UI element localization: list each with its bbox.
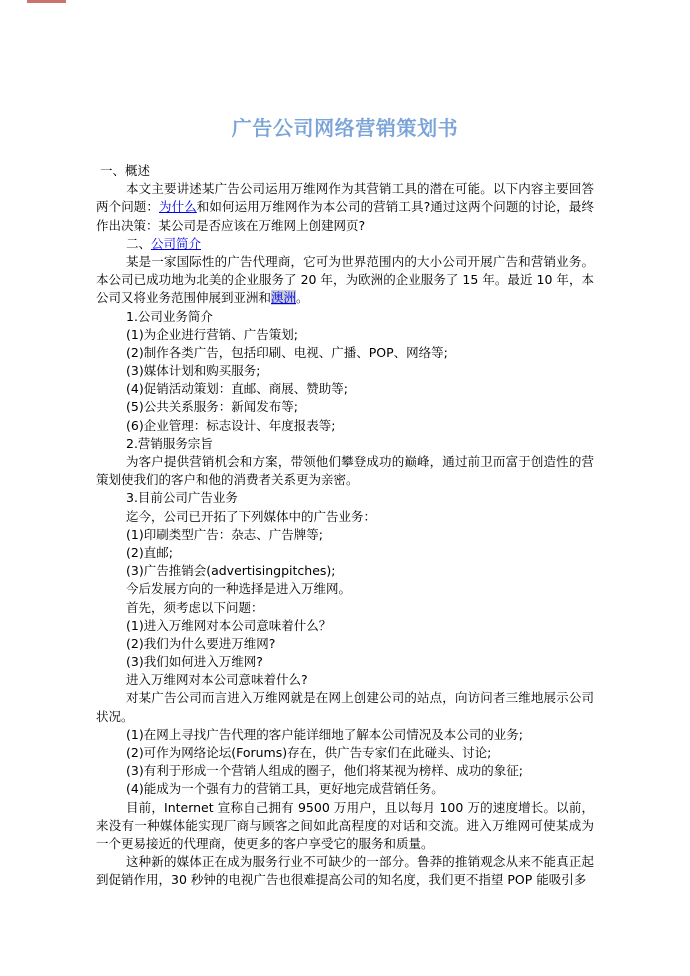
text-line: (1)进入万维网对本公司意味着什么？ [96, 617, 594, 635]
text-line: 作出决策：某公司是否应该在万维网上创建网页? [96, 217, 594, 235]
text-run: 某是一家国际性的广告代理商，它可为世界范围内的大小公司开展广告和营销业务。 [126, 254, 594, 269]
text-line: (3)我们如何进入万维网? [96, 653, 594, 671]
text-run: (1)在网上寻找广告代理的客户能详细地了解本公司情况及本公司的业务; [126, 727, 523, 742]
text-run: (3)我们如何进入万维网? [126, 654, 263, 669]
text-line: 一、概述 [96, 162, 594, 180]
text-line: (1)印刷类型广告：杂志、广告牌等; [96, 526, 594, 544]
text-run: 迄今，公司已开拓了下列媒体中的广告业务： [126, 509, 376, 524]
text-line: 策划使我们的客户和他的消费者关系更为亲密。 [96, 471, 594, 489]
text-run: (3)广告推销会(advertisingpitches); [126, 563, 336, 578]
text-line: (3)广告推销会(advertisingpitches); [96, 562, 594, 580]
text-line: (3)媒体计划和购买服务; [96, 362, 594, 380]
text-run: 一、概述 [100, 163, 150, 178]
text-line: 本文主要讲述某广告公司运用万维网作为其营销工具的潜在可能。以下内容主要回答 [96, 180, 594, 198]
text-run: 到促销作用，30 秒钟的电视广告也很难提高公司的知名度，我们更不指望 POP 能… [96, 872, 586, 887]
text-run: 1.公司业务简介 [126, 309, 213, 324]
text-run: 策划使我们的客户和他的消费者关系更为亲密。 [96, 472, 359, 487]
red-artifact-mark [27, 0, 66, 3]
text-run: (1)为企业进行营销、广告策划; [126, 327, 298, 342]
text-run: 今后发展方向的一种选择是进入万维网。 [126, 581, 351, 596]
text-run: (5)公共关系服务：新闻发布等; [126, 399, 298, 414]
text-run: 公司又将业务范围伸展到亚洲和 [96, 290, 271, 305]
text-run: 来没有一种媒体能实现厂商与顾客之间如此高程度的对话和交流。进入万维网可使某成为 [96, 818, 594, 833]
text-line: (5)公共关系服务：新闻发布等; [96, 398, 594, 416]
text-run: (3)有利于形成一个营销人组成的圈子，他们将某视为榜样、成功的象征; [126, 763, 523, 778]
text-run: 两个问题： [96, 199, 159, 214]
document-page: { "page": { "background": "#ffffff", "ar… [0, 0, 690, 976]
text-run: (2)直邮; [126, 545, 173, 560]
text-run: 首先，须考虑以下问题： [126, 600, 264, 615]
text-line: 迄今，公司已开拓了下列媒体中的广告业务： [96, 508, 594, 526]
text-line: 进入万维网对本公司意味着什么? [96, 671, 594, 689]
text-line: 今后发展方向的一种选择是进入万维网。 [96, 580, 594, 598]
text-line: 目前，Internet 宣称自己拥有 9500 万用户，且以每月 100 万的速… [96, 799, 594, 817]
text-run: 3.目前公司广告业务 [126, 490, 238, 505]
text-line: (2)直邮; [96, 544, 594, 562]
text-line: 3.目前公司广告业务 [96, 489, 594, 507]
text-run: 本文主要讲述某广告公司运用万维网作为其营销工具的潜在可能。以下内容主要回答 [126, 181, 594, 196]
text-run: 这种新的媒体正在成为服务行业不可缺少的一部分。鲁莽的推销观念从来不能真正起 [126, 854, 594, 869]
text-line: 为客户提供营销机会和方案，带领他们攀登成功的巅峰，通过前卫而富于创造性的营 [96, 453, 594, 471]
text-run: (3)媒体计划和购买服务; [126, 363, 260, 378]
text-run: (4)促销活动策划：直邮、商展、赞助等; [126, 381, 348, 396]
text-line: 首先，须考虑以下问题： [96, 599, 594, 617]
document-title: 广告公司网络营销策划书 [0, 113, 690, 143]
text-run: 对某广告公司而言进入万维网就是在网上创建公司的站点，向访问者三维地展示公司 [126, 690, 594, 705]
text-run: 进入万维网对本公司意味着什么? [126, 672, 308, 687]
text-line: 状况。 [96, 708, 594, 726]
text-line: 公司又将业务范围伸展到亚洲和澳洲。 [96, 289, 594, 307]
text-line: 这种新的媒体正在成为服务行业不可缺少的一部分。鲁莽的推销观念从来不能真正起 [96, 853, 594, 871]
text-run: (2)我们为什么要进万维网? [126, 636, 275, 651]
text-run: 和如何运用万维网作为本公司的营销工具?通过这两个问题的讨论，最终 [197, 199, 594, 214]
text-line: (2)可作为网络论坛(Forums)存在，供广告专家们在此碰头、讨论; [96, 744, 594, 762]
text-run: 为客户提供营销机会和方案，带领他们攀登成功的巅峰，通过前卫而富于创造性的营 [126, 454, 594, 469]
text-run: 目前，Internet 宣称自己拥有 9500 万用户，且以每月 100 万的速… [96, 800, 594, 817]
text-run: 二、 [126, 236, 151, 251]
text-run: (6)企业管理：标志设计、年度报表等; [126, 418, 335, 433]
text-run: 一个更易接近的代理商，使更多的客户享受它的服务和质量。 [96, 836, 434, 851]
text-run: 。 [296, 290, 309, 305]
text-line: 一个更易接近的代理商，使更多的客户享受它的服务和质量。 [96, 835, 594, 853]
text-run: 本公司已成功地为北美的企业服务了 20 年，为欧洲的企业服务了 15 年。最近 … [96, 272, 594, 287]
text-run: (4)能成为一个强有力的营销工具，更好地完成营销任务。 [126, 781, 444, 796]
text-run: 作出决策：某公司是否应该在万维网上创建网页? [96, 218, 365, 233]
text-line: 二、公司简介 [96, 235, 594, 253]
text-line: 1.公司业务简介 [96, 308, 594, 326]
text-run: (2)制作各类广告，包括印刷、电视、广播、POP、网络等; [126, 345, 448, 360]
text-line: 某是一家国际性的广告代理商，它可为世界范围内的大小公司开展广告和营销业务。 [96, 253, 594, 271]
text-line: (4)促销活动策划：直邮、商展、赞助等; [96, 380, 594, 398]
text-line: (2)制作各类广告，包括印刷、电视、广播、POP、网络等; [96, 344, 594, 362]
text-run: (1)印刷类型广告：杂志、广告牌等; [126, 527, 323, 542]
document-body: 一、概述本文主要讲述某广告公司运用万维网作为其营销工具的潜在可能。以下内容主要回… [96, 162, 594, 890]
text-line: 2.营销服务宗旨 [96, 435, 594, 453]
text-line: (3)有利于形成一个营销人组成的圈子，他们将某视为榜样、成功的象征; [96, 762, 594, 780]
text-line: 两个问题：为什么和如何运用万维网作为本公司的营销工具?通过这两个问题的讨论，最终 [96, 198, 594, 216]
hyperlink[interactable]: 公司简介 [151, 236, 201, 251]
text-line: 对某广告公司而言进入万维网就是在网上创建公司的站点，向访问者三维地展示公司 [96, 689, 594, 707]
text-line: 来没有一种媒体能实现厂商与顾客之间如此高程度的对话和交流。进入万维网可使某成为 [96, 817, 594, 835]
text-line: (6)企业管理：标志设计、年度报表等; [96, 417, 594, 435]
hyperlink[interactable]: 为什么 [159, 199, 197, 214]
text-run: (1)进入万维网对本公司意味着什么？ [126, 618, 331, 633]
text-line: 本公司已成功地为北美的企业服务了 20 年，为欧洲的企业服务了 15 年。最近 … [96, 271, 594, 289]
text-line: (1)为企业进行营销、广告策划; [96, 326, 594, 344]
text-line: 到促销作用，30 秒钟的电视广告也很难提高公司的知名度，我们更不指望 POP 能… [96, 871, 594, 889]
text-line: (4)能成为一个强有力的营销工具，更好地完成营销任务。 [96, 780, 594, 798]
text-line: (2)我们为什么要进万维网? [96, 635, 594, 653]
text-run: 状况。 [96, 709, 134, 724]
hyperlink-highlighted[interactable]: 澳洲 [271, 290, 296, 305]
text-run: (2)可作为网络论坛(Forums)存在，供广告专家们在此碰头、讨论; [126, 745, 491, 760]
text-line: (1)在网上寻找广告代理的客户能详细地了解本公司情况及本公司的业务; [96, 726, 594, 744]
text-run: 2.营销服务宗旨 [126, 436, 213, 451]
